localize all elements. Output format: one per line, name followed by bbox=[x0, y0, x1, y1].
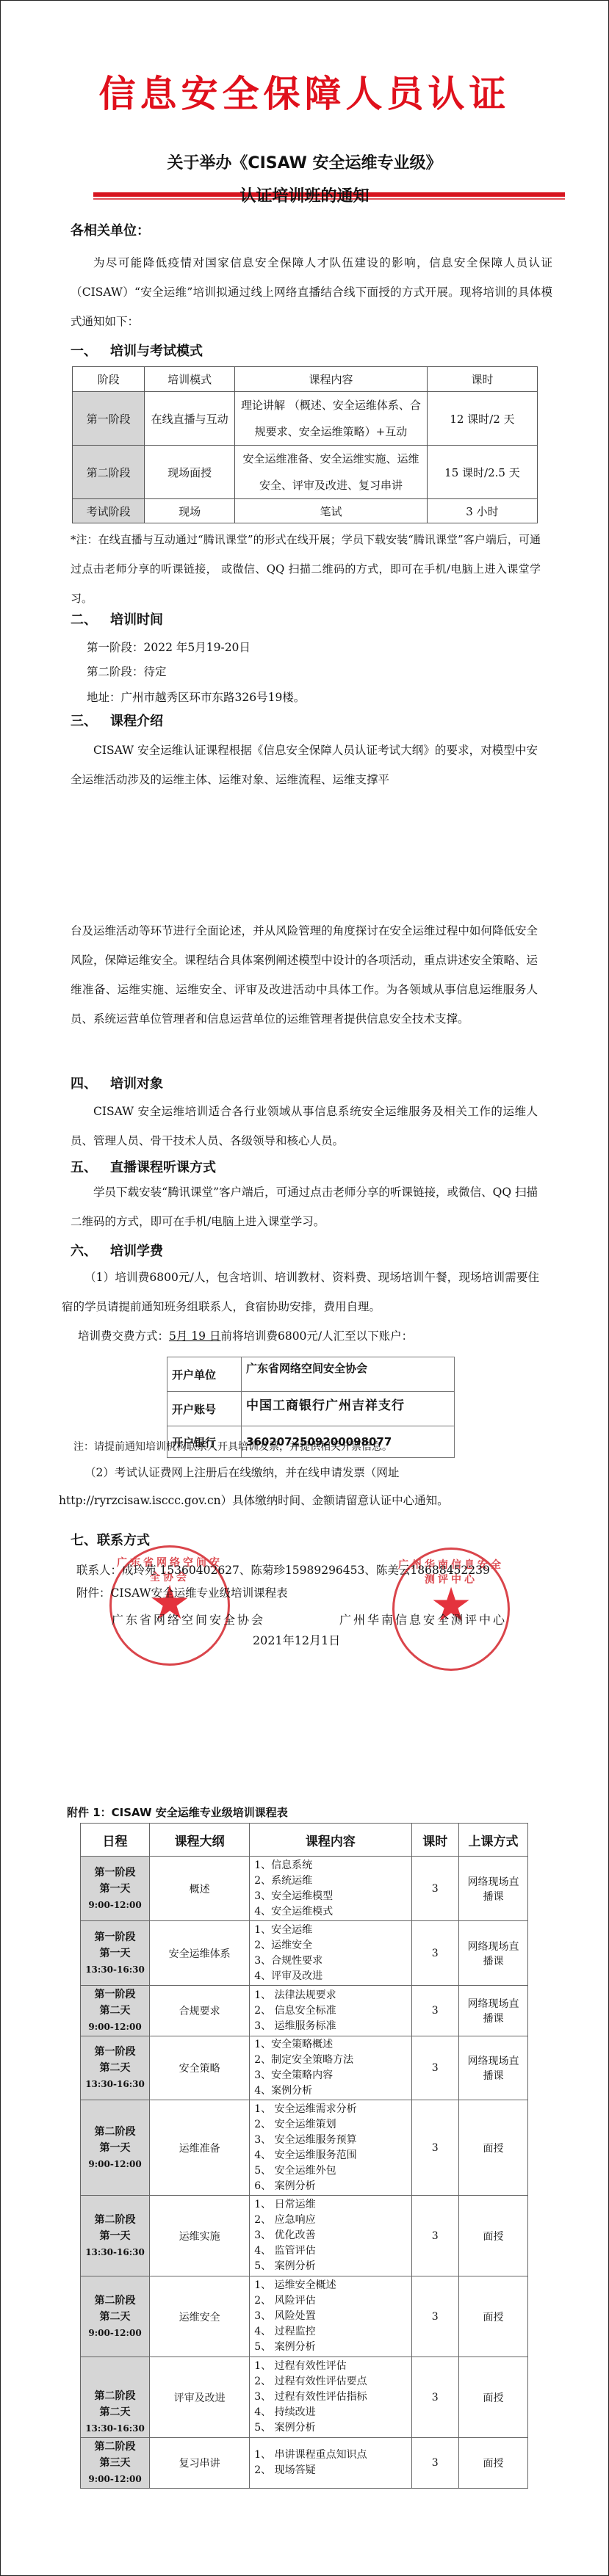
day-cell: 第一阶段第二天13:30-16:30 bbox=[81, 2036, 150, 2100]
day-cell: 第一阶段第一天13:30-16:30 bbox=[81, 1921, 150, 1986]
method-cell: 网络现场直播课 bbox=[458, 1857, 527, 1921]
day-cell: 第二阶段第三天9:00-12:00 bbox=[81, 2438, 150, 2489]
day-cell: 第一阶段第二天9:00-12:00 bbox=[81, 1986, 150, 2036]
hours-cell: 3 bbox=[411, 2196, 458, 2276]
phase2-date: 第二阶段：待定 bbox=[87, 663, 167, 679]
method-cell: 网络现场直播课 bbox=[458, 1921, 527, 1986]
table-row: 第一阶段第一天9:00-12:00 概述 1、信息系统2、系统运维3、安全运维模… bbox=[81, 1857, 528, 1921]
section-3-heading: 三、课程介绍 bbox=[71, 711, 163, 730]
salutation: 各相关单位： bbox=[71, 220, 150, 239]
fees-item2-line2: http://ryrzcisaw.isccc.gov.cn）具体缴纳时间、金额请… bbox=[59, 1492, 449, 1508]
day-cell: 第一阶段第一天9:00-12:00 bbox=[81, 1857, 150, 1921]
day-cell: 第二阶段第二天9:00-12:00 bbox=[81, 2276, 150, 2357]
section-1-heading: 一、培训与考试模式 bbox=[71, 341, 203, 360]
bank-row: 开户账号 中国工商银行广州吉祥支行 bbox=[167, 1392, 455, 1426]
header-cell: 培训模式 bbox=[145, 367, 235, 392]
notice-title-line1: 关于举办《CISAW 安全运维专业级》 bbox=[0, 150, 609, 173]
table-row: 第二阶段第二天9:00-12:00 运维安全 1、 运维安全概述2、 风险评估3… bbox=[81, 2276, 528, 2357]
org1: 广东省网络空间安全协会 bbox=[112, 1611, 265, 1628]
outline-cell: 运维安全 bbox=[150, 2276, 250, 2357]
content-cell: 安全运维准备、安全运维实施、运维安全、评审及改进、复习串讲 bbox=[234, 446, 427, 499]
outline-cell: 概述 bbox=[150, 1857, 250, 1921]
table-row: 第一阶段第二天9:00-12:00 合规要求 1、 法律法规要求2、 信息安全标… bbox=[81, 1986, 528, 2036]
bank-value: 广东省网络空间安全协会 bbox=[242, 1357, 455, 1392]
hours-cell: 3 bbox=[411, 1921, 458, 1986]
content-cell: 理论讲解 （概述、安全运维体系、合规要求、安全运维策略）+互动 bbox=[234, 392, 427, 446]
bank-key: 开户账号 bbox=[167, 1392, 242, 1426]
header-cell: 课程内容 bbox=[250, 1824, 411, 1857]
method-cell: 网络现场直播课 bbox=[458, 2036, 527, 2100]
mode-cell: 现场 bbox=[145, 499, 235, 523]
fees-item1: （1）培训费6800元/人，包含培训、培训教材、资料费、现场培训午餐，现场培训需… bbox=[62, 1263, 539, 1321]
course-intro-part2: 台及运维活动等环节进行全面论述，并从风险管理的角度探讨在安全运维过程中如何降低安… bbox=[71, 916, 538, 1034]
table-row: 第二阶段第三天9:00-12:00 复习串讲 1、 串讲课程重点知识点2、 现场… bbox=[81, 2438, 528, 2489]
section-6-heading: 六、培训学费 bbox=[71, 1241, 163, 1260]
section-2-heading: 二、培训时间 bbox=[71, 609, 163, 628]
outline-cell: 安全策略 bbox=[150, 2036, 250, 2100]
table-row: 第二阶段 现场面授 安全运维准备、安全运维实施、运维安全、评审及改进、复习串讲 … bbox=[73, 446, 538, 499]
day-cell: 第二阶段第二天13:30-16:30 bbox=[81, 2357, 150, 2438]
method-cell: 面授 bbox=[458, 2357, 527, 2438]
header-cell: 课程内容 bbox=[234, 367, 427, 392]
appendix-title: 附件 1：CISAW 安全运维专业级培训课程表 bbox=[67, 1804, 288, 1820]
hours-cell: 3 bbox=[411, 1986, 458, 2036]
training-mode-table: 阶段 培训模式 课程内容 课时 第一阶段 在线直播与互动 理论讲解 （概述、安全… bbox=[72, 366, 538, 523]
address: 地址：广州市越秀区环市东路326号19楼。 bbox=[87, 689, 305, 705]
header-cell: 阶段 bbox=[73, 367, 145, 392]
mode-note: *注：在线直播与互动通过“腾讯课堂”的形式在线开展；学员下载安装“腾讯课堂”客户… bbox=[71, 525, 541, 613]
content-cell: 笔试 bbox=[234, 499, 427, 523]
table-row: 考试阶段 现场 笔试 3 小时 bbox=[73, 499, 538, 523]
bank-key: 开户单位 bbox=[167, 1357, 242, 1392]
bank-row: 开户单位 广东省网络空间安全协会 bbox=[167, 1357, 455, 1392]
stage-cell: 第一阶段 bbox=[73, 392, 145, 446]
section-7-heading: 七、联系方式 bbox=[71, 1530, 150, 1549]
invoice-note: 注：请提前通知培训机构联系人开具培训发票，并提供相关开票信息。 bbox=[73, 1439, 392, 1454]
course-schedule-table: 日程 课程大纲 课程内容 课时 上课方式 第一阶段第一天9:00-12:00 概… bbox=[80, 1823, 528, 2489]
table-row: 第一阶段第一天13:30-16:30 安全运维体系 1、安全运维2、运维安全3、… bbox=[81, 1921, 528, 1986]
audience-paragraph: CISAW 安全运维培训适合各行业领域从事信息系统安全运维服务及相关工作的运维人… bbox=[71, 1097, 538, 1155]
header-cell: 课时 bbox=[427, 367, 537, 392]
items-cell: 1、 运维安全概述2、 风险评估3、 风险处置4、 过程监控5、 案例分析 bbox=[250, 2276, 411, 2357]
items-cell: 1、 法律法规要求2、 信息安全标准3、 运维服务标准 bbox=[250, 1986, 411, 2036]
method-cell: 面授 bbox=[458, 2100, 527, 2196]
table-row: 第二阶段第二天13:30-16:30 评审及改进 1、 过程有效性评估2、 过程… bbox=[81, 2357, 528, 2438]
outline-cell: 合规要求 bbox=[150, 1986, 250, 2036]
hours-cell: 3 bbox=[411, 2100, 458, 2196]
day-cell: 第二阶段第一天9:00-12:00 bbox=[81, 2100, 150, 2196]
org2: 广州华南信息安全测评中心 bbox=[339, 1611, 507, 1628]
phase1-date: 第一阶段：2022 年5月19-20日 bbox=[87, 639, 251, 655]
method-cell: 网络现场直播课 bbox=[458, 1986, 527, 2036]
outline-cell: 复习串讲 bbox=[150, 2438, 250, 2489]
header-cell: 上课方式 bbox=[458, 1824, 527, 1857]
method-cell: 面授 bbox=[458, 2196, 527, 2276]
items-cell: 1、 过程有效性评估2、 过程有效性评估要点3、 过程有效性评估指标4、 持续改… bbox=[250, 2357, 411, 2438]
issue-date: 2021年12月1日 bbox=[253, 1631, 340, 1648]
items-cell: 1、 日常运维2、 应急响应3、 优化改善4、 监管评估5、 案例分析 bbox=[250, 2196, 411, 2276]
hours-cell: 12 课时/2 天 bbox=[427, 392, 537, 446]
fees-item2-line1: （2）考试认证费网上注册后在线缴纳，并在线申请发票（网址 bbox=[84, 1464, 399, 1480]
attachment-line: 附件：CISAW安全运维专业级培训课程表 bbox=[76, 1584, 288, 1600]
table-header-row: 阶段 培训模式 课程内容 课时 bbox=[73, 367, 538, 392]
contact-people: 联系人：成玲苑 15360402627、陈菊珍15989296453、陈美云18… bbox=[76, 1561, 490, 1578]
hours-cell: 3 bbox=[411, 2438, 458, 2489]
hours-cell: 3 bbox=[411, 1857, 458, 1921]
outline-cell: 运维准备 bbox=[150, 2100, 250, 2196]
outline-cell: 评审及改进 bbox=[150, 2357, 250, 2438]
section-4-heading: 四、培训对象 bbox=[71, 1073, 163, 1092]
notice-title-line2: 认证培训班的通知 bbox=[0, 184, 609, 206]
hours-cell: 3 bbox=[411, 2276, 458, 2357]
mode-cell: 现场面授 bbox=[145, 446, 235, 499]
items-cell: 1、安全策略概述2、制定安全策略方法3、安全策略内容4、案例分析 bbox=[250, 2036, 411, 2100]
items-cell: 1、信息系统2、系统运维3、安全运维模型4、安全运维模式 bbox=[250, 1857, 411, 1921]
items-cell: 1、安全运维2、运维安全3、合规性要求4、评审及改进 bbox=[250, 1921, 411, 1986]
table-row: 第二阶段第一天9:00-12:00 运维准备 1、 安全运维需求分析2、 安全运… bbox=[81, 2100, 528, 2196]
section-5-heading: 五、直播课程听课方式 bbox=[71, 1157, 216, 1176]
day-cell: 第二阶段第一天13:30-16:30 bbox=[81, 2196, 150, 2276]
header-cell: 课时 bbox=[411, 1824, 458, 1857]
hours-cell: 3 小时 bbox=[427, 499, 537, 523]
method-cell: 面授 bbox=[458, 2438, 527, 2489]
payment-line: 培训费交费方式：5月 19 日前将培训费6800元/人汇至以下账户： bbox=[78, 1327, 413, 1343]
banner-title: 信息安全保障人员认证 bbox=[0, 65, 609, 117]
items-cell: 1、 串讲课程重点知识点2、 现场答疑 bbox=[250, 2438, 411, 2489]
bank-value: 中国工商银行广州吉祥支行 bbox=[242, 1392, 455, 1426]
course-intro-part1: CISAW 安全运维认证课程根据《信息安全保障人员认证考试大纲》的要求，对模型中… bbox=[71, 736, 538, 794]
stage-cell: 第二阶段 bbox=[73, 446, 145, 499]
outline-cell: 安全运维体系 bbox=[150, 1921, 250, 1986]
intro-paragraph: 为尽可能降低疫情对国家信息安全保障人才队伍建设的影响，信息安全保障人员认证（CI… bbox=[71, 248, 552, 336]
payment-deadline: 5月 19 日 bbox=[169, 1329, 220, 1343]
items-cell: 1、 安全运维需求分析2、 安全运维策划3、 安全运维服务预算4、 安全运维服务… bbox=[250, 2100, 411, 2196]
hours-cell: 3 bbox=[411, 2036, 458, 2100]
hours-cell: 15 课时/2.5 天 bbox=[427, 446, 537, 499]
table-row: 第一阶段 在线直播与互动 理论讲解 （概述、安全运维体系、合规要求、安全运维策略… bbox=[73, 392, 538, 446]
stage-cell: 考试阶段 bbox=[73, 499, 145, 523]
outline-cell: 运维实施 bbox=[150, 2196, 250, 2276]
table-header-row: 日程 课程大纲 课程内容 课时 上课方式 bbox=[81, 1824, 528, 1857]
mode-cell: 在线直播与互动 bbox=[145, 392, 235, 446]
table-row: 第一阶段第二天13:30-16:30 安全策略 1、安全策略概述2、制定安全策略… bbox=[81, 2036, 528, 2100]
header-cell: 日程 bbox=[81, 1824, 150, 1857]
live-method-paragraph: 学员下载安装“腾讯课堂”客户端后，可通过点击老师分享的听课链接，或微信、QQ 扫… bbox=[71, 1178, 538, 1236]
header-cell: 课程大纲 bbox=[150, 1824, 250, 1857]
hours-cell: 3 bbox=[411, 2357, 458, 2438]
method-cell: 面授 bbox=[458, 2276, 527, 2357]
table-row: 第二阶段第一天13:30-16:30 运维实施 1、 日常运维2、 应急响应3、… bbox=[81, 2196, 528, 2276]
